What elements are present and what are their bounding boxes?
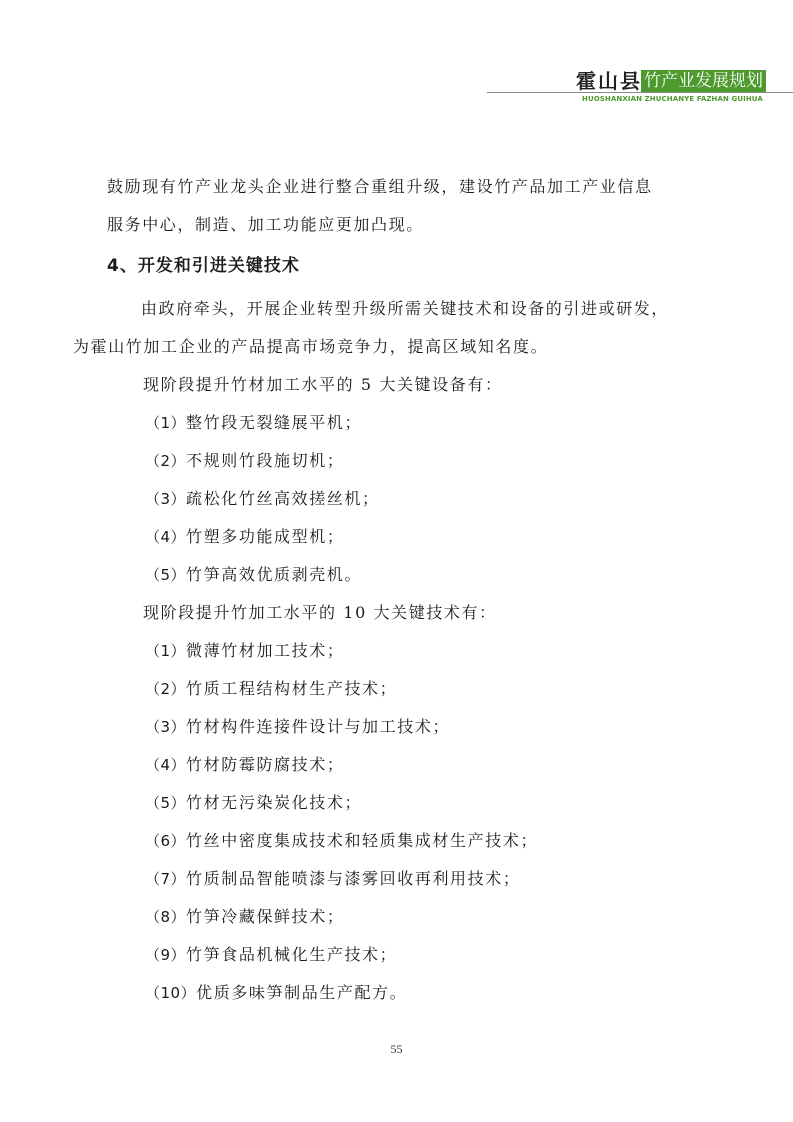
section-paragraph: 由政府牵头，开展企业转型升级所需关键技术和设备的引进或研发， 为霍山竹加工企业的… [107,290,687,366]
list-item: （1）整竹段无裂缝展平机； [107,404,687,442]
intro-line-1: 鼓励现有竹产业龙头企业进行整合重组升级，建设竹产品加工产业信息 [107,177,653,196]
list-item-number: （5） [145,566,186,584]
list-item: （2）竹质工程结构材生产技术； [107,670,687,708]
list-item: （3）疏松化竹丝高效搓丝机； [107,480,687,518]
list-item: （7）竹质制品智能喷漆与漆雾回收再利用技术； [107,860,687,898]
list-item-number: （8） [145,908,186,926]
list-item-number: （3） [145,490,186,508]
list-item-number: （7） [145,870,186,888]
list-item-text: 竹质工程结构材生产技术； [186,679,397,698]
list-item-number: （1） [145,642,186,660]
page-number: 55 [0,1042,793,1057]
list-item-text: 疏松化竹丝高效搓丝机； [186,489,380,508]
list-item: （3）竹材构件连接件设计与加工技术； [107,708,687,746]
list-item: （10）优质多味笋制品生产配方。 [107,974,687,1012]
list-item-text: 竹材防霉防腐技术； [186,755,344,774]
list-item: （5）竹材无污染炭化技术； [107,784,687,822]
list-item-number: （9） [145,946,186,964]
list-item: （9）竹笋食品机械化生产技术； [107,936,687,974]
list-item-text: 竹笋高效优质剥壳机。 [186,565,362,584]
list-item: （2）不规则竹段施切机； [107,442,687,480]
list-item: （4）竹材防霉防腐技术； [107,746,687,784]
list-item: （4）竹塑多功能成型机； [107,518,687,556]
technology-list-intro: 现阶段提升竹加工水平的 10 大关键技术有： [107,594,687,632]
intro-line-2: 服务中心，制造、加工功能应更加凸现。 [107,215,424,234]
list-item-number: （2） [145,680,186,698]
intro-paragraph: 鼓励现有竹产业龙头企业进行整合重组升级，建设竹产品加工产业信息 服务中心，制造、… [107,168,687,244]
page-header: 霍山县 竹产业发展规划 HUOSHANXIAN ZHUCHANYE FAZHAN… [0,0,793,110]
list-item-text: 竹丝中密度集成技术和轻质集成材生产技术； [186,831,538,850]
list-item-text: 不规则竹段施切机； [186,451,344,470]
list-item-text: 优质多味笋制品生产配方。 [196,983,407,1002]
list-item-number: （2） [145,452,186,470]
equipment-list: （1）整竹段无裂缝展平机； （2）不规则竹段施切机； （3）疏松化竹丝高效搓丝机… [107,404,687,594]
header-divider-line [487,92,793,93]
list-item-number: （3） [145,718,186,736]
section-heading: 4、开发和引进关键技术 [107,246,687,286]
list-item-text: 整竹段无裂缝展平机； [186,413,362,432]
header-county-name: 霍山县 [576,69,642,93]
list-item-number: （1） [145,414,186,432]
list-item-number: （6） [145,832,186,850]
header-title-badge: 竹产业发展规划 [641,70,766,92]
list-item-text: 竹笋食品机械化生产技术； [186,945,397,964]
list-item-text: 竹笋冷藏保鲜技术； [186,907,344,926]
list-item-number: （10） [145,984,196,1002]
section-line-2: 为霍山竹加工企业的产品提高市场竞争力，提高区域知名度。 [73,328,548,366]
list-item-number: （5） [145,794,186,812]
page-content: 鼓励现有竹产业龙头企业进行整合重组升级，建设竹产品加工产业信息 服务中心，制造、… [107,168,687,1012]
list-item: （6）竹丝中密度集成技术和轻质集成材生产技术； [107,822,687,860]
header-pinyin-subtitle: HUOSHANXIAN ZHUCHANYE FAZHAN GUIHUA [582,95,763,104]
list-item-text: 竹材无污染炭化技术； [186,793,362,812]
list-item-text: 微薄竹材加工技术； [186,641,344,660]
list-item: （8）竹笋冷藏保鲜技术； [107,898,687,936]
list-item-number: （4） [145,528,186,546]
section-line-1: 由政府牵头，开展企业转型升级所需关键技术和设备的引进或研发， [141,299,669,318]
list-item-number: （4） [145,756,186,774]
list-item-text: 竹材构件连接件设计与加工技术； [186,717,450,736]
list-item-text: 竹质制品智能喷漆与漆雾回收再利用技术； [186,869,520,888]
technology-list: （1）微薄竹材加工技术； （2）竹质工程结构材生产技术； （3）竹材构件连接件设… [107,632,687,1012]
equipment-list-intro: 现阶段提升竹材加工水平的 5 大关键设备有： [107,366,687,404]
list-item-text: 竹塑多功能成型机； [186,527,344,546]
list-item: （1）微薄竹材加工技术； [107,632,687,670]
list-item: （5）竹笋高效优质剥壳机。 [107,556,687,594]
